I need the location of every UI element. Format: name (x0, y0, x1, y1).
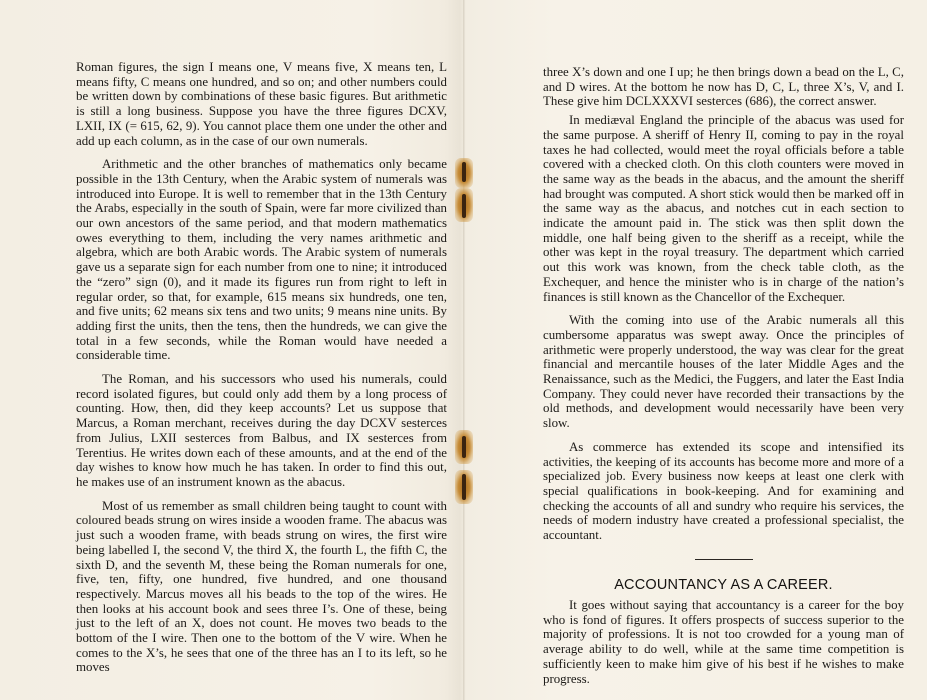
paragraph: The Roman, and his successors who used h… (76, 372, 447, 490)
staple-wire (462, 436, 466, 458)
paragraph: As commerce has extended its scope and i… (543, 440, 904, 543)
staple-wire (462, 194, 466, 218)
paragraph: Arithmetic and the other branches of mat… (76, 157, 447, 363)
paragraph: With the coming into use of the Arabic n… (543, 313, 904, 431)
paragraph: It goes without saying that accountancy … (543, 598, 904, 686)
section-heading: ACCOUNTANCY AS A CAREER. (543, 578, 904, 593)
upper-staple (455, 158, 473, 222)
booklet-spread: Roman figures, the sign I means one, V m… (0, 0, 927, 700)
staple-wire (462, 162, 466, 182)
spine-gutter (463, 0, 465, 700)
paragraph: Roman figures, the sign I means one, V m… (76, 60, 447, 148)
paragraph: Most of us remember as small children be… (76, 499, 447, 675)
paragraph: three X’s down and one I up; he then bri… (543, 65, 904, 109)
left-page: Roman figures, the sign I means one, V m… (76, 60, 447, 684)
right-page: three X’s down and one I up; he then bri… (543, 65, 904, 695)
section-divider (695, 559, 753, 561)
paragraph: In mediæval England the principle of the… (543, 113, 904, 304)
staple-wire (462, 474, 466, 500)
lower-staple (455, 430, 473, 510)
